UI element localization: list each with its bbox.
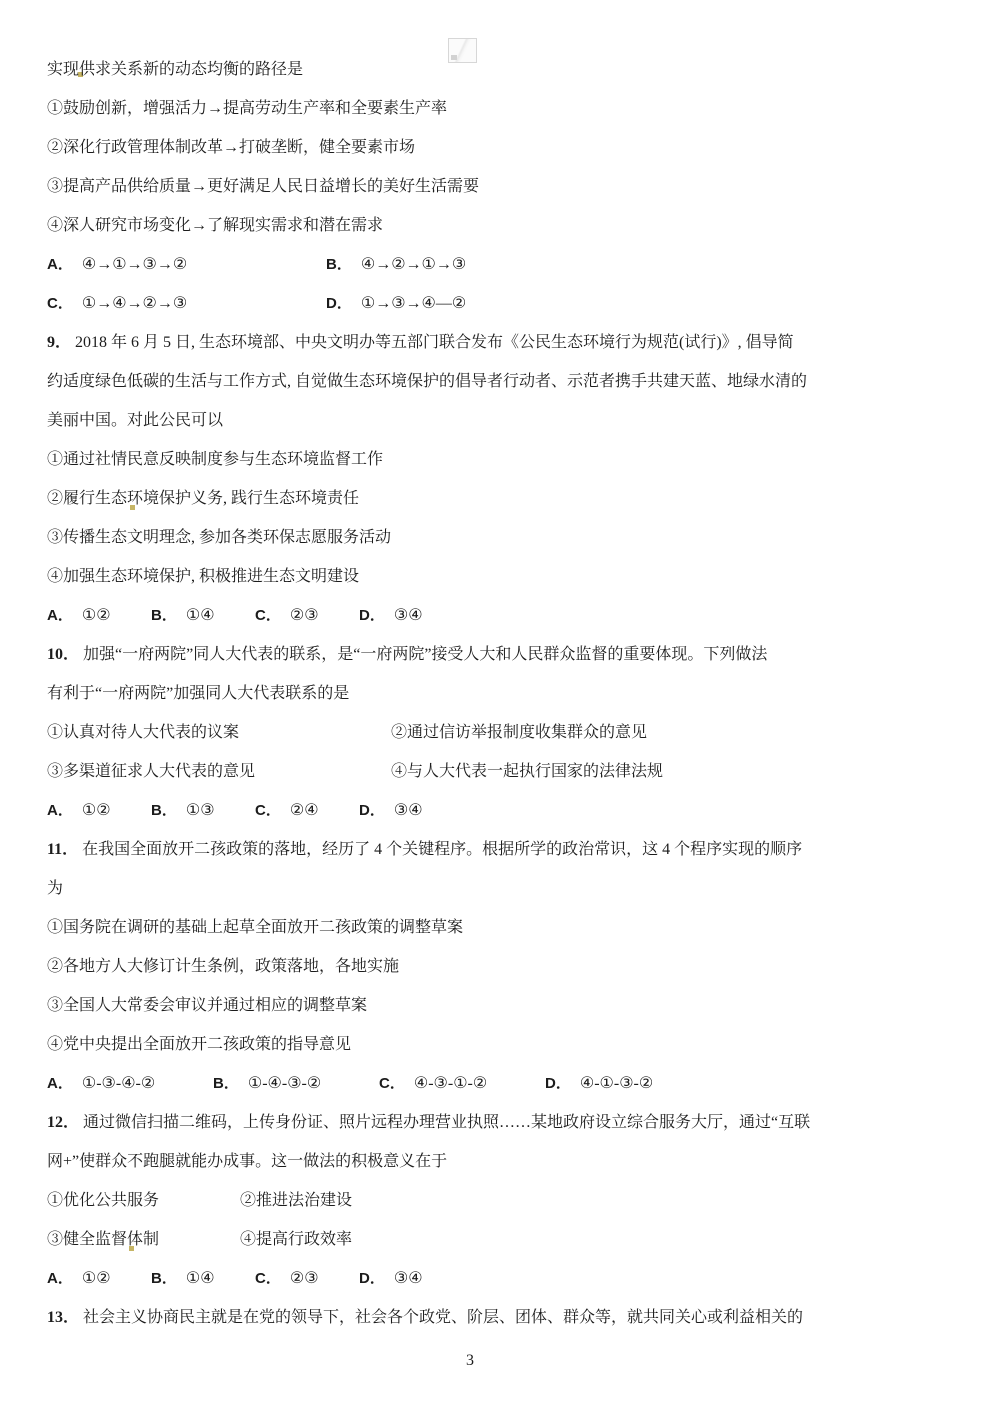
q8-item-2-text: ②深化行政管理体制改革→打破垄断，健全要素市场 <box>47 139 415 156</box>
q9-item-1: ①通过社情民意反映制度参与生态环境监督工作 <box>47 440 945 479</box>
q10-number: 10． <box>47 646 79 663</box>
q10-option-a: A．①② <box>47 791 147 830</box>
q11-option-b: B．①-④-③-② <box>213 1064 375 1103</box>
q11-stem-text: 为 <box>47 880 63 897</box>
option-letter: D． <box>359 802 385 819</box>
q12-option-b: B．①④ <box>151 1259 251 1298</box>
q12-stem-text: 通过微信扫描二维码，上传身份证、照片远程办理营业执照……某地政府设立综合服务大厅… <box>83 1114 810 1131</box>
q10-item-3: ③多渠道征求人大代表的意见 <box>47 752 387 791</box>
q10-item-2: ②通过信访举报制度收集群众的意见 <box>391 713 647 752</box>
q13-stem-text: 社会主义协商民主就是在党的领导下，社会各个政党、阶层、团体、群众等，就共同关心或… <box>83 1309 803 1326</box>
option-letter: A． <box>47 607 73 624</box>
option-letter: A． <box>47 256 73 273</box>
q10-option-d: D．③④ <box>359 791 423 830</box>
q9-stem-line-1: 9．2018 年 6 月 5 日, 生态环境部、中央文明办等五部门联合发布《公民… <box>47 323 945 362</box>
q10-stem-text: 有利于“一府两院”加强同人大代表联系的是 <box>47 685 349 702</box>
q8-option-d: D．①→③→④—② <box>326 284 466 323</box>
q9-option-b: B．①④ <box>151 596 251 635</box>
option-value: ①→④→②→③ <box>82 295 187 312</box>
q11-stem-line-1: 11．在我国全面放开二孩政策的落地，经历了 4 个关键程序。根据所学的政治常识，… <box>47 830 945 869</box>
q8-option-b: B．④→②→①→③ <box>326 245 466 284</box>
option-letter: D． <box>359 1270 385 1287</box>
option-value: ④-①-③-② <box>580 1075 653 1092</box>
q9-item-2-text: ②履行生态环境保护义务, 践行生态环境责任 <box>47 490 359 507</box>
q9-item-4: ④加强生态环境保护, 积极推进生态文明建设 <box>47 557 945 596</box>
option-letter: C． <box>255 1270 281 1287</box>
option-letter: C． <box>255 802 281 819</box>
option-value: ③④ <box>394 1270 423 1287</box>
q8-item-4-text: ④深人研究市场变化→了解现实需求和潜在需求 <box>47 217 383 234</box>
q12-item-3: ③健全监督体制 <box>47 1220 236 1259</box>
q12-item-3-text: ③健全监督体制 <box>47 1231 159 1248</box>
q8-item-1-text: ①鼓励创新，增强活力→提高劳动生产率和全要素生产率 <box>47 100 447 117</box>
option-value: ④→①→③→② <box>82 256 187 273</box>
q12-stem-line-1: 12．通过微信扫描二维码，上传身份证、照片远程办理营业执照……某地政府设立综合服… <box>47 1103 945 1142</box>
q10-items-row-1: ①认真对待人大代表的议案 ②通过信访举报制度收集群众的意见 <box>47 713 945 752</box>
option-letter: A． <box>47 802 73 819</box>
q9-stem-line-2: 约适度绿色低碳的生活与工作方式, 自觉做生态环境保护的倡导者行动者、示范者携手共… <box>47 362 945 401</box>
q12-items-row-1: ①优化公共服务 ②推进法治建设 <box>47 1181 945 1220</box>
q9-option-a: A．①② <box>47 596 147 635</box>
option-value: ④-③-①-② <box>414 1075 487 1092</box>
q9-option-d: D．③④ <box>359 596 423 635</box>
q8-options-row-1: A．④→①→③→② B．④→②→①→③ <box>47 245 945 284</box>
option-value: ①-③-④-② <box>82 1075 155 1092</box>
q8-options-row-2: C．①→④→②→③ D．①→③→④—② <box>47 284 945 323</box>
q11-item-1-text: ①国务院在调研的基础上起草全面放开二孩政策的调整草案 <box>47 919 463 936</box>
q8-stem-text: 实现供求关系新的动态均衡的路径是 <box>47 61 303 78</box>
q12-item-4: ④提高行政效率 <box>240 1220 352 1259</box>
q12-number: 12． <box>47 1114 79 1131</box>
q9-item-3: ③传播生态文明理念, 参加各类环保志愿服务活动 <box>47 518 945 557</box>
q10-item-4-text: ④与人大代表一起执行国家的法律法规 <box>391 763 663 780</box>
q12-option-a: A．①② <box>47 1259 147 1298</box>
q9-item-4-text: ④加强生态环境保护, 积极推进生态文明建设 <box>47 568 359 585</box>
q9-options-row: A．①② B．①④ C．②③ D．③④ <box>47 596 945 635</box>
q10-stem-line-2: 有利于“一府两院”加强同人大代表联系的是 <box>47 674 945 713</box>
option-value: ①④ <box>186 607 215 624</box>
q10-stem-line-1: 10．加强“一府两院”同人大代表的联系，是“一府两院”接受人大和人民群众监督的重… <box>47 635 945 674</box>
option-value: ①→③→④—② <box>361 295 466 312</box>
q13-number: 13． <box>47 1309 79 1326</box>
page-number-text: 3 <box>466 1352 474 1369</box>
q8-option-a: A．④→①→③→② <box>47 245 322 284</box>
q11-item-1: ①国务院在调研的基础上起草全面放开二孩政策的调整草案 <box>47 908 945 947</box>
q10-option-c: C．②④ <box>255 791 355 830</box>
option-value: ①④ <box>186 1270 215 1287</box>
option-value: ①③ <box>186 802 215 819</box>
option-value: ②③ <box>290 607 319 624</box>
q9-item-2: ②履行生态环境保护义务, 践行生态环境责任 <box>47 479 945 518</box>
q11-item-4-text: ④党中央提出全面放开二孩政策的指导意见 <box>47 1036 351 1053</box>
q10-item-4: ④与人大代表一起执行国家的法律法规 <box>391 752 663 791</box>
q10-item-1: ①认真对待人大代表的议案 <box>47 713 387 752</box>
q12-item-2-text: ②推进法治建设 <box>240 1192 352 1209</box>
option-value: ④→②→①→③ <box>361 256 466 273</box>
option-letter: D． <box>359 607 385 624</box>
option-value: ①② <box>82 1270 111 1287</box>
option-value: ①② <box>82 802 111 819</box>
option-value: ③④ <box>394 802 423 819</box>
q11-item-4: ④党中央提出全面放开二孩政策的指导意见 <box>47 1025 945 1064</box>
option-letter: B． <box>151 802 177 819</box>
option-letter: B． <box>151 607 177 624</box>
option-letter: C． <box>255 607 281 624</box>
q9-number: 9． <box>47 334 71 351</box>
q12-item-1-text: ①优化公共服务 <box>47 1192 159 1209</box>
option-letter: A． <box>47 1270 73 1287</box>
option-value: ③④ <box>394 607 423 624</box>
q9-stem-line-3: 美丽中国。对此公民可以 <box>47 401 945 440</box>
q11-item-3: ③全国人大常委会审议并通过相应的调整草案 <box>47 986 945 1025</box>
q12-item-4-text: ④提高行政效率 <box>240 1231 352 1248</box>
option-letter: B． <box>151 1270 177 1287</box>
q10-item-1-text: ①认真对待人大代表的议案 <box>47 724 239 741</box>
q10-options-row: A．①② B．①③ C．②④ D．③④ <box>47 791 945 830</box>
option-letter: C． <box>47 295 73 312</box>
q12-item-2: ②推进法治建设 <box>240 1181 352 1220</box>
q11-item-2-text: ②各地方人大修订计生条例，政策落地，各地实施 <box>47 958 399 975</box>
q12-stem-line-2: 网+”使群众不跑腿就能办成事。这一做法的积极意义在于 <box>47 1142 945 1181</box>
q12-options-row: A．①② B．①④ C．②③ D．③④ <box>47 1259 945 1298</box>
exam-body: 实现供求关系新的动态均衡的路径是 ①鼓励创新，增强活力→提高劳动生产率和全要素生… <box>47 50 945 1337</box>
q9-option-c: C．②③ <box>255 596 355 635</box>
q11-stem-line-2: 为 <box>47 869 945 908</box>
q11-item-2: ②各地方人大修订计生条例，政策落地，各地实施 <box>47 947 945 986</box>
q12-option-d: D．③④ <box>359 1259 423 1298</box>
page-number: 3 <box>0 1346 940 1376</box>
q12-option-c: C．②③ <box>255 1259 355 1298</box>
option-letter: D． <box>545 1075 571 1092</box>
q12-item-1: ①优化公共服务 <box>47 1181 236 1220</box>
q10-stem-text: 加强“一府两院”同人大代表的联系，是“一府两院”接受人大和人民群众监督的重要体现… <box>83 646 767 663</box>
q12-stem-text: 网+”使群众不跑腿就能办成事。这一做法的积极意义在于 <box>47 1153 447 1170</box>
q11-item-3-text: ③全国人大常委会审议并通过相应的调整草案 <box>47 997 367 1014</box>
q10-item-3-text: ③多渠道征求人大代表的意见 <box>47 763 255 780</box>
q9-item-3-text: ③传播生态文明理念, 参加各类环保志愿服务活动 <box>47 529 391 546</box>
option-letter: D． <box>326 295 352 312</box>
option-value: ①② <box>82 607 111 624</box>
option-letter: B． <box>326 256 352 273</box>
q10-option-b: B．①③ <box>151 791 251 830</box>
q11-options-row: A．①-③-④-② B．①-④-③-② C．④-③-①-② D．④-①-③-② <box>47 1064 945 1103</box>
option-letter: B． <box>213 1075 239 1092</box>
option-letter: A． <box>47 1075 73 1092</box>
q9-stem-text: 美丽中国。对此公民可以 <box>47 412 223 429</box>
q11-stem-text: 在我国全面放开二孩政策的落地，经历了 4 个关键程序。根据所学的政治常识，这 4… <box>82 841 802 858</box>
q8-item-3: ③提高产品供给质量→更好满足人民日益增长的美好生活需要 <box>47 167 945 206</box>
q10-items-row-2: ③多渠道征求人大代表的意见 ④与人大代表一起执行国家的法律法规 <box>47 752 945 791</box>
q8-item-1: ①鼓励创新，增强活力→提高劳动生产率和全要素生产率 <box>47 89 945 128</box>
q8-item-3-text: ③提高产品供给质量→更好满足人民日益增长的美好生活需要 <box>47 178 479 195</box>
option-value: ②③ <box>290 1270 319 1287</box>
q8-item-2: ②深化行政管理体制改革→打破垄断，健全要素市场 <box>47 128 945 167</box>
option-letter: C． <box>379 1075 405 1092</box>
q13-stem-line-1: 13．社会主义协商民主就是在党的领导下，社会各个政党、阶层、团体、群众等，就共同… <box>47 1298 945 1337</box>
q11-number: 11． <box>47 841 78 858</box>
option-value: ②④ <box>290 802 319 819</box>
q10-item-2-text: ②通过信访举报制度收集群众的意见 <box>391 724 647 741</box>
q9-stem-text: 2018 年 6 月 5 日, 生态环境部、中央文明办等五部门联合发布《公民生态… <box>75 334 794 351</box>
q8-stem: 实现供求关系新的动态均衡的路径是 <box>47 50 945 89</box>
q8-item-4: ④深人研究市场变化→了解现实需求和潜在需求 <box>47 206 945 245</box>
q11-option-d: D．④-①-③-② <box>545 1064 653 1103</box>
q11-option-c: C．④-③-①-② <box>379 1064 541 1103</box>
option-value: ①-④-③-② <box>248 1075 321 1092</box>
q9-item-1-text: ①通过社情民意反映制度参与生态环境监督工作 <box>47 451 383 468</box>
q8-option-c: C．①→④→②→③ <box>47 284 322 323</box>
q11-option-a: A．①-③-④-② <box>47 1064 209 1103</box>
q9-stem-text: 约适度绿色低碳的生活与工作方式, 自觉做生态环境保护的倡导者行动者、示范者携手共… <box>47 373 807 390</box>
document-page: { "artifacts": { "spellcheck_color": "#c… <box>0 0 992 1403</box>
q12-items-row-2: ③健全监督体制 ④提高行政效率 <box>47 1220 945 1259</box>
